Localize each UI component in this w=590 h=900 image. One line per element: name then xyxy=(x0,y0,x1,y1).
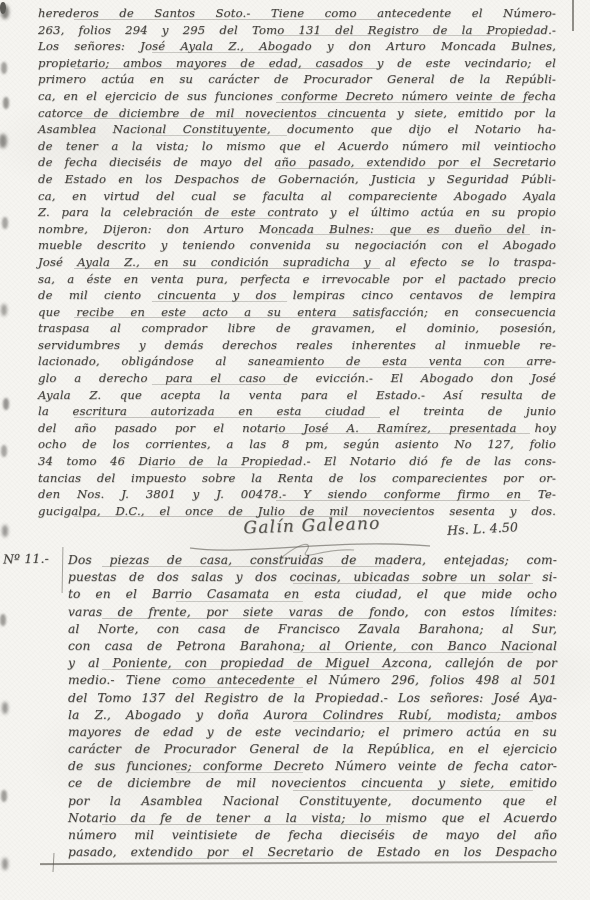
handwriting-line: de tener a la vista; lo mismo que el Acu… xyxy=(38,138,556,155)
deed-paragraph-1: herederos de Santos Soto.- Tiene como an… xyxy=(38,5,556,519)
handwriting-line: sa, a éste en venta pura, perfecta e irr… xyxy=(38,271,556,288)
handwriting-line: ocho de los corrientes, a las 8 pm, segú… xyxy=(38,436,556,453)
handwriting-line: mayores de edad y de este vecindario; el… xyxy=(68,724,557,741)
handwriting-line: den Nos. J. 3801 y J. 00478.- Y siendo c… xyxy=(38,486,556,503)
handwriting-line: de Estado en los Despachos de Gobernació… xyxy=(38,171,556,188)
deed-paragraph-2: Dos piezas de casa, construidas de mader… xyxy=(68,552,557,861)
handwriting-line: José Ayala Z., en su condición supradich… xyxy=(38,254,556,271)
handwriting-line: herederos de Santos Soto.- Tiene como an… xyxy=(38,5,556,22)
handwriting-line: con casa de Petrona Barahona; al Oriente… xyxy=(68,638,557,655)
handwriting-line: servidumbres y demás derechos reales inh… xyxy=(38,337,556,354)
handwriting-line: Notario da fe de tener a la vista; lo mi… xyxy=(68,810,557,827)
handwriting-line: carácter de Procurador General de la Rep… xyxy=(68,741,557,758)
handwriting-line: Dos piezas de casa, construidas de mader… xyxy=(68,552,557,569)
handwriting-line: lacionado, obligándose al saneamiento de… xyxy=(38,353,556,370)
notary-signature: Galín Galeano xyxy=(192,516,432,536)
handwriting-line: de sus funciones; conforme Decreto Númer… xyxy=(68,758,557,775)
handwriting-line: y al Poniente, con propiedad de Miguel A… xyxy=(68,655,557,672)
closing-rule xyxy=(40,861,557,865)
handwriting-line: glo a derecho para el caso de evicción.-… xyxy=(38,370,556,387)
entry-number-margin-note: Nº 11.- xyxy=(3,550,61,566)
handwriting-line: número mil veintisiete de fecha dieciséi… xyxy=(68,827,557,844)
handwriting-line: Asamblea Nacional Constituyente, documen… xyxy=(38,121,556,138)
page-edge-line xyxy=(572,0,574,31)
handwriting-line: traspasa al comprador libre de gravamen,… xyxy=(38,320,556,337)
handwriting-line: ca, en virtud del cual se faculta al com… xyxy=(38,188,556,205)
handwriting-line: que recibe en este acto a su entera sati… xyxy=(38,304,556,321)
handwriting-line: la Z., Abogado y doña Aurora Colindres R… xyxy=(68,707,557,724)
handwriting-line: ca, en el ejercicio de sus funciones con… xyxy=(38,88,556,105)
handwriting-line: primero actúa en su carácter de Procurad… xyxy=(38,71,556,88)
handwriting-line: al Norte, con casa de Francisco Zavala B… xyxy=(68,621,557,638)
handwriting-line: del año pasado por el notario José A. Ra… xyxy=(38,420,556,437)
handwriting-line: 263, folios 294 y 295 del Tomo 131 del R… xyxy=(38,22,556,39)
handwriting-line: Los señores: José Ayala Z., Abogado y do… xyxy=(38,38,556,55)
handwriting-line: Ayala Z. que acepta la venta para el Est… xyxy=(38,387,556,404)
handwriting-line: la escritura autorizada en esta ciudad e… xyxy=(38,403,556,420)
handwriting-line: pasado, extendido por el Secretario de E… xyxy=(68,844,557,861)
margin-rule xyxy=(62,547,64,593)
handwriting-line: ce de diciembre de mil novecientos cincu… xyxy=(68,775,557,792)
handwriting-line: Z. para la celebración de este contrato … xyxy=(38,204,556,221)
scanned-document-page: herederos de Santos Soto.- Tiene como an… xyxy=(0,0,590,900)
handwriting-line: puestas de dos salas y dos cocinas, ubic… xyxy=(68,569,557,586)
fee-annotation: Hs. L. 4.50 xyxy=(447,517,558,538)
handwriting-line: de mil ciento cincuenta y dos lempiras c… xyxy=(38,287,556,304)
handwriting-line: propietario; ambos mayores de edad, casa… xyxy=(38,55,556,72)
handwriting-line: del Tomo 137 del Registro de la Propieda… xyxy=(68,690,557,707)
handwriting-line: to en el Barrio Casamata en esta ciudad,… xyxy=(68,586,557,603)
handwriting-line: 34 tomo 46 Diario de la Propiedad.- El N… xyxy=(38,453,556,470)
handwriting-line: mueble descrito y teniendo convenida su … xyxy=(38,237,556,254)
handwriting-line: nombre, Dijeron: don Arturo Moncada Buln… xyxy=(38,221,556,238)
handwriting-line: catorce de diciembre de mil novecientos … xyxy=(38,105,556,122)
handwriting-line: varas de frente, por siete varas de fond… xyxy=(68,604,557,621)
handwriting-line: medio.- Tiene como antecedente el Número… xyxy=(68,672,557,689)
scan-edge-artifacts xyxy=(0,2,6,14)
handwriting-line: tancias del impuesto sobre la Renta de l… xyxy=(38,470,556,487)
handwriting-line: por la Asamblea Nacional Constituyente, … xyxy=(68,793,557,810)
handwriting-line: de fecha dieciséis de mayo del año pasad… xyxy=(38,154,556,171)
